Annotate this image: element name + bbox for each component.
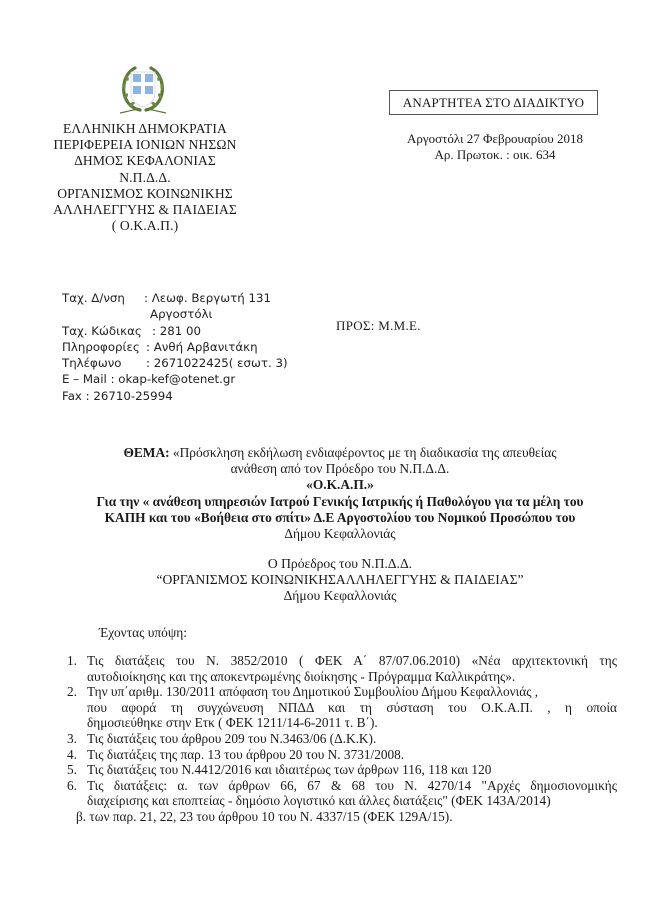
list-item: 5. Τις διατάξεις του Ν.4412/2016 και ιδι… bbox=[67, 762, 617, 778]
legal-basis-list: 1. Τις διατάξεις του Ν. 3852/2010 ( ΦΕΚ … bbox=[67, 653, 617, 825]
info-label: Πληροφορίες bbox=[62, 339, 140, 355]
postcode-label: Ταχ. Κώδικας bbox=[62, 323, 142, 339]
item-line: αυτοδιοίκησης και της αποκεντρωμένης διο… bbox=[87, 669, 617, 685]
item-subline: β. των παρ. 21, 22, 23 του άρθρου 10 του… bbox=[67, 809, 617, 825]
item-line: δημοσιεύθηκε στην Ετκ ( ΦΕΚ 1211/14-6-20… bbox=[87, 715, 617, 731]
president-line: Ο Πρόεδρος του Ν.Π.Δ.Δ. bbox=[100, 556, 580, 572]
recipient: ΠΡΟΣ: Μ.Μ.Ε. bbox=[336, 318, 421, 334]
org-line: ΑΛΛΗΛΕΓΓΥΗΣ & ΠΑΙΔΕΙΑΣ bbox=[30, 202, 260, 218]
org-line: ΕΛΛΗΝΙΚΗ ΔΗΜΟΚΡΑΤΙΑ bbox=[30, 121, 260, 137]
item-line: Τις διατάξεις: α. των άρθρων 66, 67 & 68… bbox=[87, 778, 617, 794]
address-value: : Λεωφ. Βεργωτή 131 bbox=[144, 290, 271, 306]
list-item: 3. Τις διατάξεις του άρθρου 209 του Ν.34… bbox=[67, 731, 617, 747]
subject-line: Για την « ανάθεση υπηρεσιών Ιατρού Γενικ… bbox=[60, 494, 620, 510]
info-value: : Ανθή Αρβανιτάκη bbox=[146, 339, 258, 355]
president-block: Ο Πρόεδρος του Ν.Π.Δ.Δ. “ΟΡΓΑΝΙΣΜΟΣ ΚΟΙΝ… bbox=[100, 556, 580, 605]
item-number: 3. bbox=[67, 731, 77, 747]
item-line: Τις διατάξεις της παρ. 13 του άρθρου 20 … bbox=[87, 747, 617, 763]
fax-line: Fax : 26710-25994 bbox=[62, 388, 173, 404]
item-number: 5. bbox=[67, 762, 77, 778]
item-number: 2. bbox=[67, 684, 77, 700]
item-line: Τις διατάξεις του Ν.4412/2016 και ιδιαιτ… bbox=[87, 762, 617, 778]
subject-label: ΘΕΜΑ: bbox=[123, 445, 169, 460]
subject-line: ανάθεση από τον Πρόεδρο του Ν.Π.Δ.Δ. bbox=[60, 461, 620, 477]
item-line: που αφορά τη συγχώνευση ΝΠΔΔ και τη σύστ… bbox=[87, 700, 617, 716]
item-line: Τις διατάξεις του άρθρου 209 του Ν.3463/… bbox=[87, 731, 617, 747]
president-line: “ΟΡΓΑΝΙΣΜΟΣ ΚΟΙΝΩΝΙΚΗΣΑΛΛΗΛΕΓΓΥΗΣ & ΠΑΙΔ… bbox=[100, 572, 580, 588]
subject-block: ΘΕΜΑ: «Πρόσκληση εκδήλωση ενδιαφέροντος … bbox=[60, 445, 620, 542]
item-number: 1. bbox=[67, 653, 77, 669]
subject-line: Δήμου Κεφαλλονιάς bbox=[60, 526, 620, 542]
email-line: E – Mail : okap-kef@otenet.gr bbox=[62, 371, 235, 387]
date-protocol-block: Αργοστόλι 27 Φεβρουαρίου 2018 Αρ. Πρωτοκ… bbox=[385, 131, 605, 163]
place-date: Αργοστόλι 27 Φεβρουαρίου 2018 bbox=[385, 131, 605, 147]
address-city: Αργοστόλι bbox=[150, 306, 213, 322]
item-line: Την υπ΄αριθμ. 130/2011 απόφαση του Δημοτ… bbox=[87, 684, 617, 700]
subject-line: «Πρόσκληση εκδήλωση ενδιαφέροντος με τη … bbox=[170, 445, 557, 460]
list-item: 6. Τις διατάξεις: α. των άρθρων 66, 67 &… bbox=[67, 778, 617, 809]
protocol-number: Αρ. Πρωτοκ. : οικ. 634 bbox=[385, 147, 605, 163]
org-line: ΔΗΜΟΣ ΚΕΦΑΛΟΝΙΑΣ bbox=[30, 153, 260, 169]
post-online-notice: ΑΝΑΡΤΗΤΕΑ ΣΤΟ ΔΙΑΔΙΚΤΥΟ bbox=[389, 90, 598, 115]
item-number: 6. bbox=[67, 778, 77, 794]
list-item: 2. Την υπ΄αριθμ. 130/2011 απόφαση του Δη… bbox=[67, 684, 617, 731]
org-line: ΟΡΓΑΝΙΣΜΟΣ ΚΟΙΝΩΝΙΚΗΣ bbox=[30, 186, 260, 202]
president-line: Δήμου Κεφαλλονιάς bbox=[100, 588, 580, 604]
org-line: ΠΕΡΙΦΕΡΕΙΑ ΙΟΝΙΩΝ ΝΗΣΩΝ bbox=[30, 137, 260, 153]
list-item: 1. Τις διατάξεις του Ν. 3852/2010 ( ΦΕΚ … bbox=[67, 653, 617, 684]
phone-label: Τηλέφωνο bbox=[62, 355, 122, 371]
item-number: 4. bbox=[67, 747, 77, 763]
org-line: ( Ο.Κ.Α.Π.) bbox=[30, 218, 260, 234]
item-line: Τις διατάξεις του Ν. 3852/2010 ( ΦΕΚ Α΄ … bbox=[87, 653, 617, 669]
item-line: διαχείρισης και εποπτείας - δημόσιο λογι… bbox=[87, 793, 617, 809]
postcode-value: : 281 00 bbox=[152, 323, 201, 339]
phone-value: : 2671022425( εσωτ. 3) bbox=[146, 355, 288, 371]
subject-line: «Ο.Κ.Α.Π.» bbox=[60, 477, 620, 493]
address-label: Ταχ. Δ/νση bbox=[62, 290, 125, 306]
org-line: Ν.Π.Δ.Δ. bbox=[30, 170, 260, 186]
greek-coat-of-arms-icon bbox=[118, 63, 168, 115]
issuing-organization: ΕΛΛΗΝΙΚΗ ΔΗΜΟΚΡΑΤΙΑ ΠΕΡΙΦΕΡΕΙΑ ΙΟΝΙΩΝ ΝΗ… bbox=[30, 121, 260, 234]
considering-heading: Έχοντας υπόψη: bbox=[99, 625, 187, 641]
list-item: 4. Τις διατάξεις της παρ. 13 του άρθρου … bbox=[67, 747, 617, 763]
subject-line: ΚΑΠΗ και του «Βοήθεια στο σπίτι» Δ.Ε Αργ… bbox=[60, 510, 620, 526]
